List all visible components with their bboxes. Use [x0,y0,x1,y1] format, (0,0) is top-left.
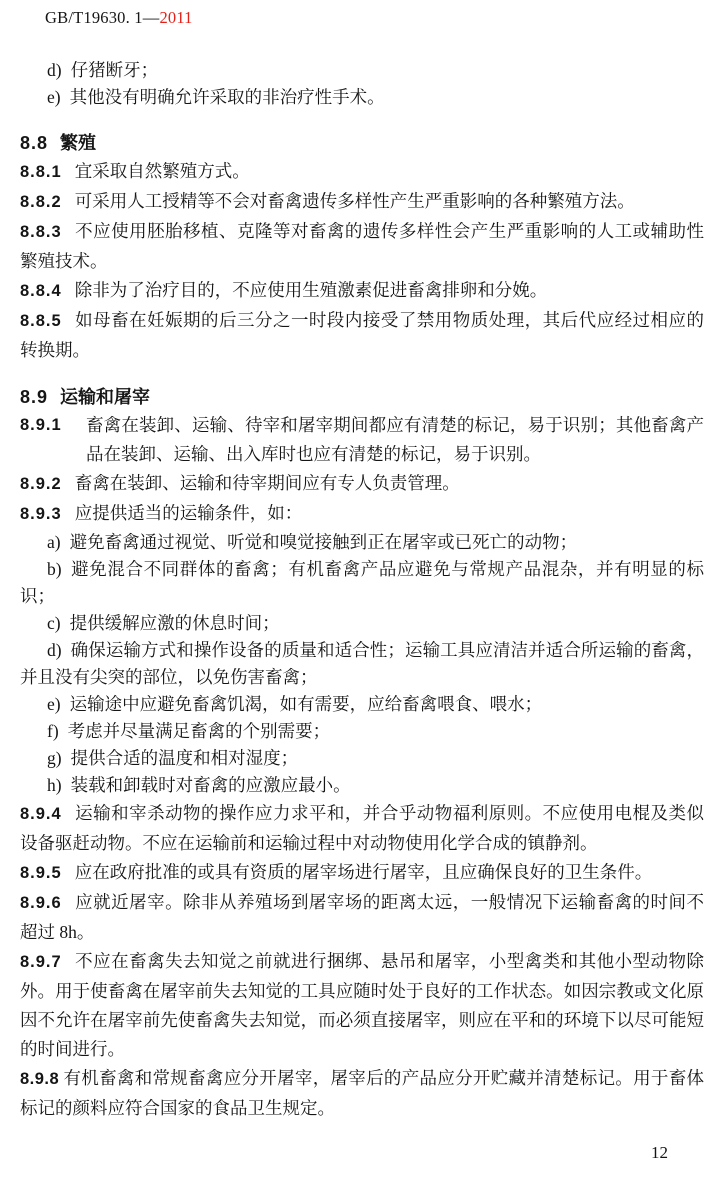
clause-text: 应提供适当的运输条件，如： [75,503,303,523]
clause-text: 运输和宰杀动物的操作应力求平和，并合乎动物福利原则。不应使用电棍及类似设备驱赶动… [20,803,704,853]
list-item-text: 提供合适的温度和相对湿度； [71,748,299,768]
list-item-marker: d) [47,60,62,80]
page-header: GB/T19630. 1—2011 [45,8,193,28]
page-number: 12 [651,1143,668,1163]
clause: 8.8.3不应使用胚胎移植、克隆等对畜禽的遗传多样性会产生严重影响的人工或辅助性… [20,217,704,276]
clause: 8.9.3应提供适当的运输条件，如： [20,499,704,529]
standard-code-prefix: GB/T19630. 1— [45,8,159,27]
clause-number: 8.9.8 [20,1070,59,1088]
list-item: f)考虑并尽量满足畜禽的个别需要； [20,718,704,745]
list-item-marker: e) [47,694,61,714]
list-item-text: 避免畜禽通过视觉、听觉和嗅觉接触到正在屠宰或已死亡的动物； [70,532,578,552]
section-heading: 8.8繁殖 [20,129,704,157]
standard-code: GB/T19630. 1—2011 [45,8,193,27]
clause-number: 8.9.7 [20,953,62,971]
list-item-marker: h) [47,775,62,795]
clause-number: 8.9.2 [20,475,62,493]
clause-text: 应在政府批准的或具有资质的屠宰场进行屠宰，且应确保良好的卫生条件。 [75,862,653,882]
list-item: d)仔猪断牙； [20,57,704,84]
clause-text: 畜禽在装卸、运输、待宰和屠宰期间都应有清楚的标记，易于识别；其他畜禽产品在装卸、… [86,411,704,469]
clause: 8.9.6应就近屠宰。除非从养殖场到屠宰场的距离太远，一般情况下运输畜禽的时间不… [20,888,704,947]
clause-text: 宜采取自然繁殖方式。 [75,161,250,181]
list-item: d)确保运输方式和操作设备的质量和适合性；运输工具应清洁并适合所运输的畜禽，并且… [20,637,704,691]
clause-text: 有机畜禽和常规畜禽应分开屠宰，屠宰后的产品应分开贮藏并清楚标记。用于畜体标记的颜… [20,1068,704,1118]
clause: 8.8.2可采用人工授精等不会对畜禽遗传多样性产生严重影响的各种繁殖方法。 [20,187,704,217]
clause: 8.9.4运输和宰杀动物的操作应力求平和，并合乎动物福利原则。不应使用电棍及类似… [20,799,704,858]
clause-text: 如母畜在妊娠期的后三分之一时段内接受了禁用物质处理，其后代应经过相应的转换期。 [20,310,704,360]
clause-number: 8.9.6 [20,894,62,912]
clause: 8.8.4除非为了治疗目的，不应使用生殖激素促进畜禽排卵和分娩。 [20,276,704,306]
list-item-marker: c) [47,613,61,633]
list-item: g)提供合适的温度和相对湿度； [20,745,704,772]
list-item: e)其他没有明确允许采取的非治疗性手术。 [20,84,704,111]
clause: 8.8.1宜采取自然繁殖方式。 [20,157,704,187]
section-number: 8.9 [20,387,48,407]
list-item-text: 避免混合不同群体的畜禽；有机畜禽产品应避免与常规产品混杂，并有明显的标识； [20,559,704,606]
list-item-text: 运输途中应避免畜禽饥渴，如有需要，应给畜禽喂食、喂水； [70,694,543,714]
clause: 8.9.8有机畜禽和常规畜禽应分开屠宰，屠宰后的产品应分开贮藏并清楚标记。用于畜… [20,1064,704,1123]
list-item: a)避免畜禽通过视觉、听觉和嗅觉接触到正在屠宰或已死亡的动物； [20,529,704,556]
list-item: h)装载和卸载时对畜禽的应激应最小。 [20,772,704,799]
section-heading: 8.9运输和屠宰 [20,383,704,411]
clause-number: 8.9.1 [20,411,86,469]
clause-text: 畜禽在装卸、运输和待宰期间应有专人负责管理。 [75,473,460,493]
clause-text: 应就近屠宰。除非从养殖场到屠宰场的距离太远，一般情况下运输畜禽的时间不超过 8h… [20,892,704,942]
clause: 8.9.5应在政府批准的或具有资质的屠宰场进行屠宰，且应确保良好的卫生条件。 [20,858,704,888]
list-item-text: 其他没有明确允许采取的非治疗性手术。 [70,87,385,107]
list-item-text: 考虑并尽量满足畜禽的个别需要； [68,721,331,741]
clause-number: 8.8.3 [20,223,62,241]
document-page: GB/T19630. 1—2011 d)仔猪断牙；e)其他没有明确允许采取的非治… [0,0,720,1181]
list-item: e)运输途中应避免畜禽饥渴，如有需要，应给畜禽喂食、喂水； [20,691,704,718]
clause-number: 8.9.5 [20,864,62,882]
list-item-text: 装载和卸载时对畜禽的应激应最小。 [71,775,351,795]
clause-text: 不应使用胚胎移植、克隆等对畜禽的遗传多样性会产生严重影响的人工或辅助性繁殖技术。 [20,221,704,271]
section-title: 繁殖 [60,133,96,153]
list-item: b)避免混合不同群体的畜禽；有机畜禽产品应避免与常规产品混杂，并有明显的标识； [20,556,704,610]
clause-text: 不应在畜禽失去知觉之前就进行捆绑、悬吊和屠宰，小型禽类和其他小型动物除外。用于使… [20,951,704,1059]
clause-number: 8.8.2 [20,193,62,211]
clause-number: 8.8.5 [20,312,62,330]
clause-number: 8.9.4 [20,805,62,823]
clause-text: 可采用人工授精等不会对畜禽遗传多样性产生严重影响的各种繁殖方法。 [75,191,635,211]
clause-text: 除非为了治疗目的，不应使用生殖激素促进畜禽排卵和分娩。 [75,280,548,300]
standard-code-year: 2011 [159,8,192,27]
list-item-marker: g) [47,748,62,768]
list-item: c)提供缓解应激的休息时间； [20,610,704,637]
clause: 8.9.1畜禽在装卸、运输、待宰和屠宰期间都应有清楚的标记，易于识别；其他畜禽产… [20,411,704,469]
clause: 8.9.2畜禽在装卸、运输和待宰期间应有专人负责管理。 [20,469,704,499]
clause-number: 8.9.3 [20,505,62,523]
clause-number: 8.8.4 [20,282,62,300]
clause: 8.9.7不应在畜禽失去知觉之前就进行捆绑、悬吊和屠宰，小型禽类和其他小型动物除… [20,947,704,1064]
list-item-marker: f) [47,721,59,741]
list-item-marker: a) [47,532,61,552]
clause: 8.8.5如母畜在妊娠期的后三分之一时段内接受了禁用物质处理，其后代应经过相应的… [20,306,704,365]
section-number: 8.8 [20,133,48,153]
clause-number: 8.8.1 [20,163,62,181]
list-item-marker: e) [47,87,61,107]
list-item-text: 提供缓解应激的休息时间； [70,613,280,633]
list-item-text: 确保运输方式和操作设备的质量和适合性；运输工具应清洁并适合所运输的畜禽，并且没有… [20,640,704,687]
list-item-text: 仔猪断牙； [71,60,159,80]
list-item-marker: b) [47,559,62,579]
section-title: 运输和屠宰 [60,387,150,407]
list-item-marker: d) [47,640,62,660]
document-body: d)仔猪断牙；e)其他没有明确允许采取的非治疗性手术。8.8繁殖8.8.1宜采取… [20,57,704,1123]
